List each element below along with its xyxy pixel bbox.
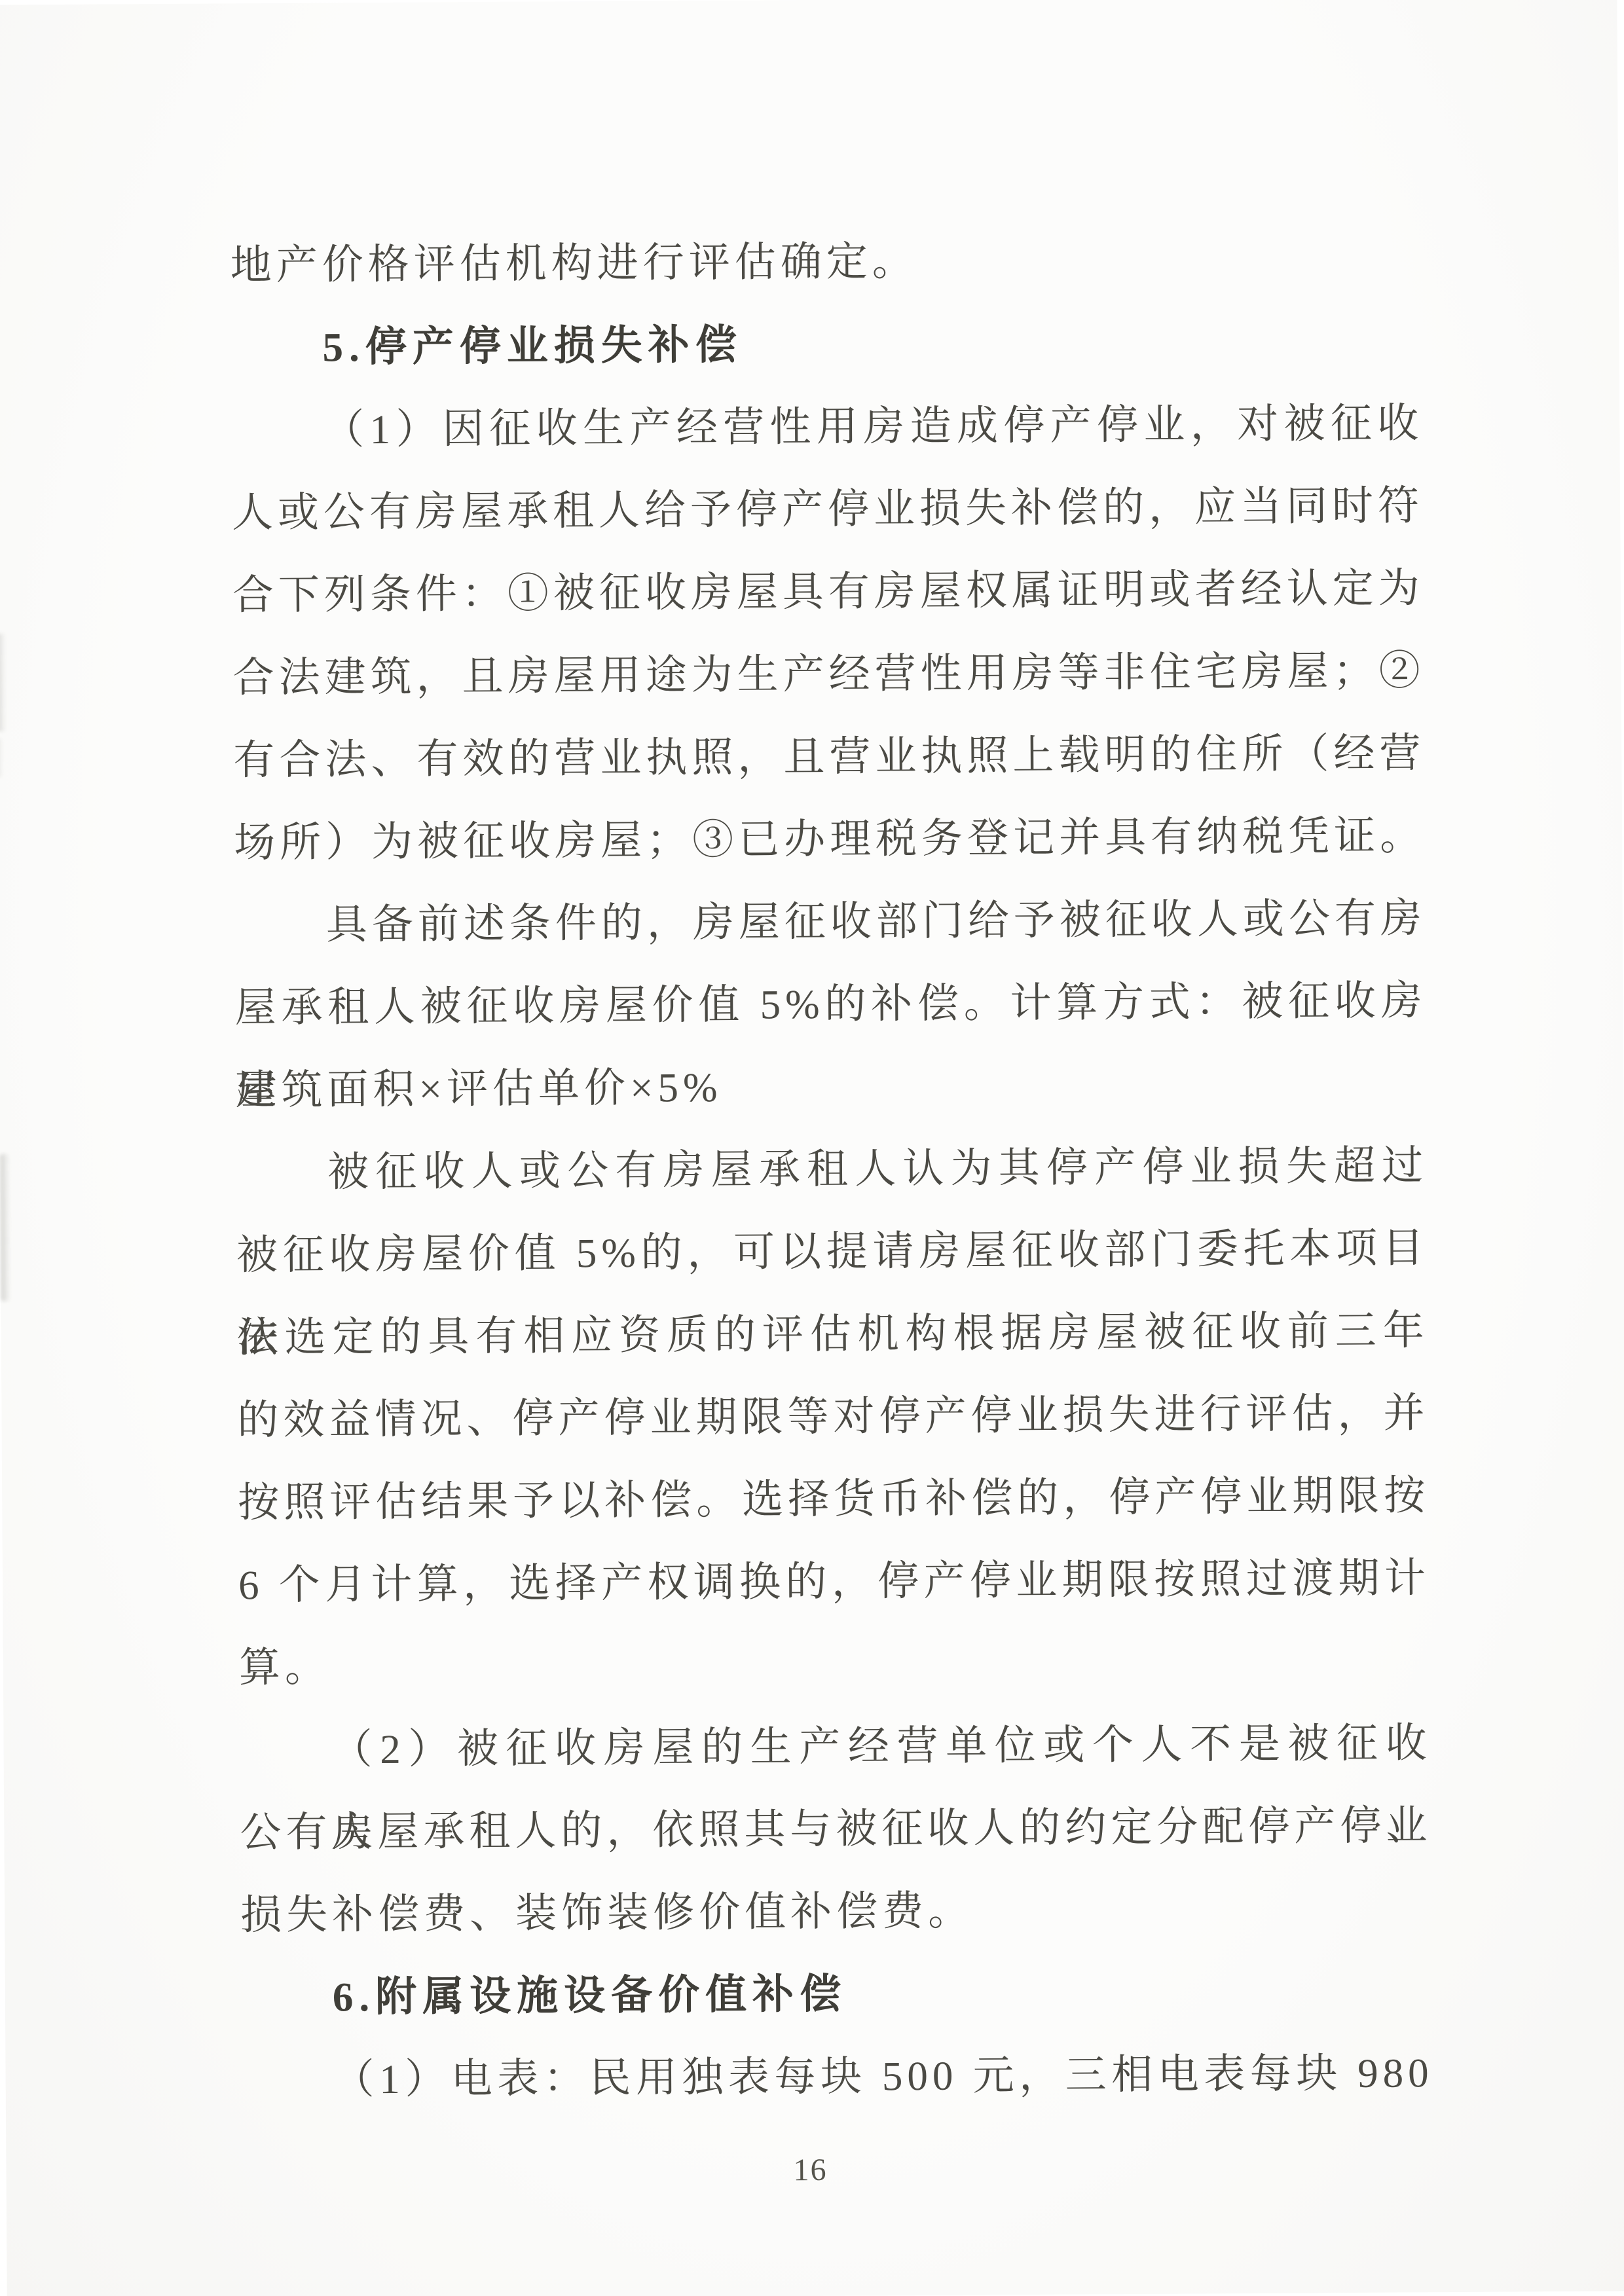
text-line: 场所）为被征收房屋；③已办理税务登记并具有纳税凭证。 bbox=[234, 794, 1426, 884]
text-line: 被征收人或公有房屋承租人认为其停产停业损失超过 bbox=[236, 1124, 1428, 1214]
text-line: 公有房屋承租人的，依照其与被征收人的约定分配停产停业 bbox=[240, 1784, 1432, 1874]
text-line: （1）电表：民用独表每块 500 元，三相电表每块 980 bbox=[241, 2032, 1433, 2121]
scan-smudge bbox=[0, 633, 7, 731]
text-line: 有合法、有效的营业执照，且营业执照上载明的住所（经营 bbox=[233, 712, 1426, 801]
scan-smudge bbox=[0, 738, 4, 778]
text-line: （1）因征收生产经营性用房造成停产停业，对被征收 bbox=[231, 382, 1424, 471]
page-number: 16 bbox=[0, 2142, 1623, 2198]
document-page: 地产价格评估机构进行评估确定。5.停产停业损失补偿（1）因征收生产经营性用房造成… bbox=[0, 0, 1624, 2296]
text-line: 地产价格评估机构进行评估确定。 bbox=[230, 217, 1422, 306]
text-line: 按照评估结果予以补偿。选择货币补偿的，停产停业期限按 bbox=[238, 1454, 1430, 1544]
scan-smudge bbox=[0, 1154, 12, 1301]
section-heading: 6.附属设施设备价值补偿 bbox=[241, 1949, 1433, 2039]
text-line: （2）被征收房屋的生产经营单位或个人不是被征收人、 bbox=[239, 1702, 1431, 1791]
text-line: 建筑面积×评估单价×5% bbox=[235, 1042, 1428, 1131]
text-line: 合下列条件：①被征收房屋具有房屋权属证明或者经认定为 bbox=[232, 547, 1424, 636]
text-line: 具备前述条件的，房屋征收部门给予被征收人或公有房 bbox=[234, 877, 1427, 966]
document-body: 地产价格评估机构进行评估确定。5.停产停业损失补偿（1）因征收生产经营性用房造成… bbox=[230, 217, 1433, 2121]
text-line: 合法建筑，且房屋用途为生产经营性用房等非住宅房屋；② bbox=[232, 629, 1425, 719]
section-heading: 5.停产停业损失补偿 bbox=[231, 299, 1423, 389]
text-line: 屋承租人被征收房屋价值 5%的补偿。计算方式：被征收房屋 bbox=[234, 959, 1427, 1049]
text-line: 损失补偿费、装饰装修价值补偿费。 bbox=[240, 1867, 1433, 1956]
text-line: 算。 bbox=[238, 1619, 1431, 1709]
text-line: 被征收房屋价值 5%的，可以提请房屋征收部门委托本项目依 bbox=[236, 1207, 1429, 1296]
text-line: 法选定的具有相应资质的评估机构根据房屋被征收前三年 bbox=[236, 1289, 1429, 1379]
text-line: 的效益情况、停产停业期限等对停产停业损失进行评估，并 bbox=[237, 1372, 1430, 1461]
text-line: 6 个月计算，选择产权调换的，停产停业期限按照过渡期计 bbox=[238, 1537, 1431, 1626]
text-line: 人或公有房屋承租人给予停产停业损失补偿的，应当同时符 bbox=[232, 464, 1424, 554]
